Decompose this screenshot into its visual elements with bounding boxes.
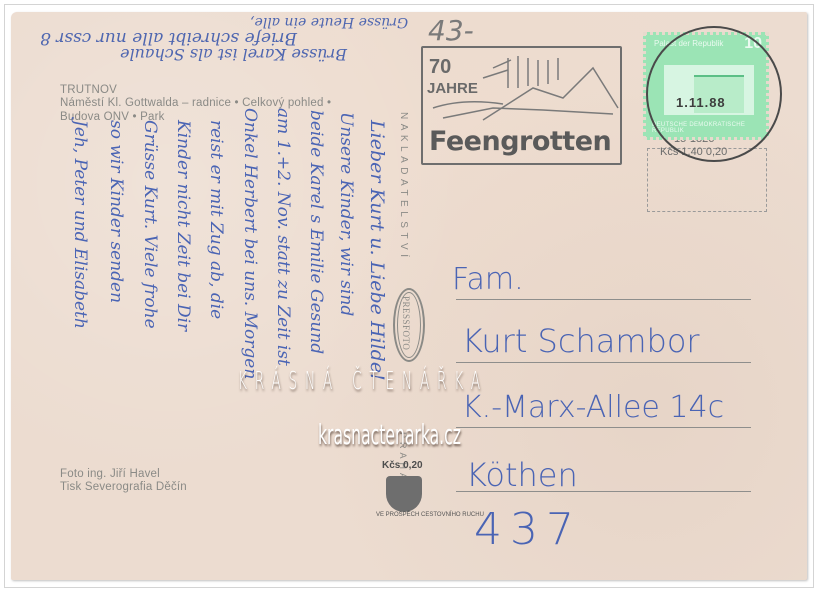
caption-town: TRUTNOV	[60, 83, 117, 97]
watermark-title: KRÁSNÁ ČTENÁŘKA	[238, 366, 488, 395]
tourism-fee-price: Kčs 0,20	[382, 460, 423, 471]
pressfoto-logo: PRESSFOTO	[393, 288, 425, 362]
message-line: Kinder nicht Zeit bei Dir	[173, 120, 193, 331]
message-line: beide Karel s Emilie Gesund	[306, 110, 326, 354]
message-block: Lieber Kurt u. Liebe Hilde! Unsere Kinde…	[48, 120, 388, 540]
address-line-1	[456, 299, 751, 300]
message-line: reist er mit Zug ab, die	[206, 120, 226, 319]
address-line-3	[456, 427, 751, 428]
watermark-url[interactable]: krasnactenarka.cz	[318, 418, 461, 451]
message-line: Onkel Herbert bei uns. Morgen	[240, 108, 260, 379]
publisher-vertical-text: NAKLADATELSTVÍ	[398, 112, 409, 262]
postmark-years: 70	[429, 56, 451, 79]
address-street: K.-Marx-Allee 14c	[462, 390, 724, 425]
message-line: so wir Kinder senden	[106, 120, 126, 303]
address-name: Kurt Schambor	[462, 322, 700, 360]
castle-shield-icon	[386, 476, 422, 512]
address-line-2	[456, 362, 751, 363]
tourism-fee-mark: Kčs 0,20 VE PROSPĚCH CESTOVNÍHO RUCHU	[372, 462, 434, 532]
slogan-postmark: 70 JAHRE Feengrotten	[421, 46, 622, 165]
address-salutation: Fam.	[452, 262, 524, 297]
pressfoto-text: PRESSFOTO	[401, 296, 411, 350]
cancellation-ring	[646, 26, 782, 162]
address-city: Köthen	[466, 456, 578, 494]
cancellation-date: 1.11.88	[676, 95, 726, 110]
postmark-jahre: JAHRE	[427, 80, 478, 97]
message-line: Lieber Kurt u. Liebe Hilde!	[366, 120, 388, 381]
handwritten-number: 43-	[428, 14, 474, 47]
address-postcode: 437	[474, 504, 582, 555]
upside-down-note-2: Brüsse Karel ist als Schaule	[120, 45, 347, 64]
postmark-slogan: Feengrotten	[429, 126, 611, 157]
message-line: Grüsse Kurt. Viele frohe	[140, 120, 160, 329]
tourism-ring-text: VE PROSPĚCH CESTOVNÍHO RUCHU	[376, 512, 484, 518]
message-line: Jeh, Peter und Elisabeth	[70, 120, 90, 329]
upside-down-note-3: Grüsse Heute ein alle,	[250, 14, 408, 30]
message-line: Unsere Kinder, wir sind	[336, 112, 356, 316]
message-line: am 1.+2. Nov. statt zu Zeit ist	[273, 108, 293, 366]
